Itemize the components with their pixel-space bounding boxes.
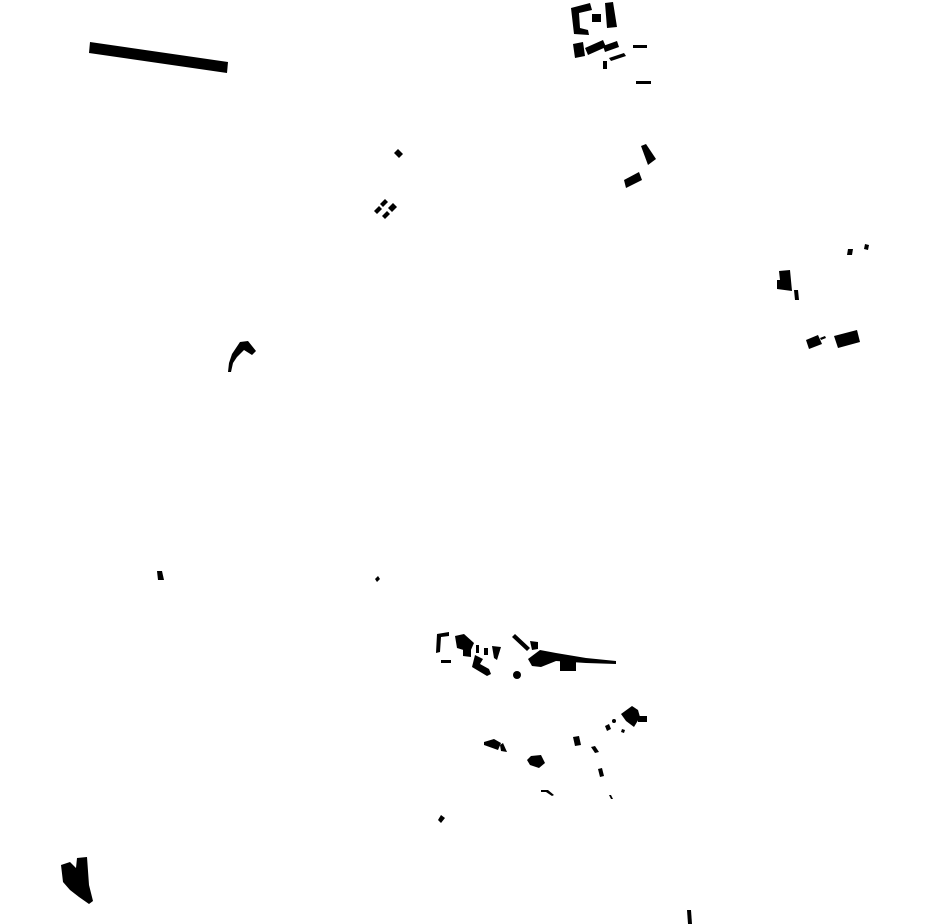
figure-ground-map [0,0,930,924]
map-background [0,0,930,924]
